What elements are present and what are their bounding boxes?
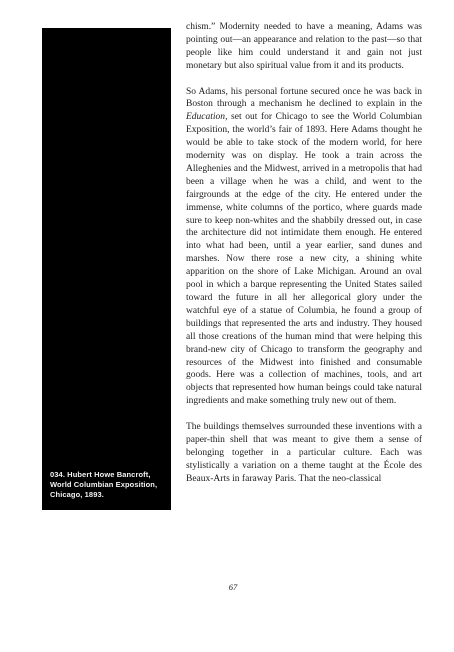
- book-title-italic: Education: [186, 112, 225, 122]
- figure-caption: 034. Hubert Howe Bancroft, World Columbi…: [42, 470, 171, 510]
- book-page: 034. Hubert Howe Bancroft, World Columbi…: [0, 0, 454, 652]
- body-text-column: chism.” Modernity needed to have a meani…: [186, 21, 422, 498]
- paragraph-2-text-after-title: , set out for Chicago to see the World C…: [186, 112, 422, 406]
- figure-image-plate: 034. Hubert Howe Bancroft, World Columbi…: [42, 28, 171, 510]
- paragraph-2: So Adams, his personal fortune secured o…: [186, 86, 422, 409]
- paragraph-3: The buildings themselves surrounded thes…: [186, 421, 422, 486]
- paragraph-2-text-before-title: So Adams, his personal fortune secured o…: [186, 87, 422, 110]
- paragraph-1: chism.” Modernity needed to have a meani…: [186, 21, 422, 73]
- page-number: 67: [6, 582, 454, 592]
